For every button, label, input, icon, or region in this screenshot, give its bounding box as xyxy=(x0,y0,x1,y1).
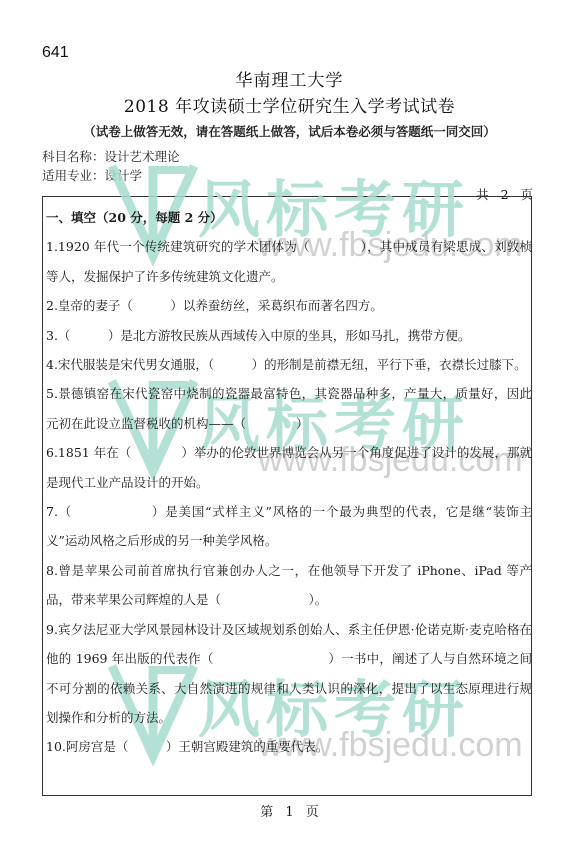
question-10: 10.阿房宫是（ ）王朝宫殿建筑的重要代表。 xyxy=(46,732,532,761)
exam-notice: （试卷上做答无效，请在答题纸上做答，试后本卷必须与答题纸一同交回） xyxy=(0,122,579,140)
question-7: 7.（ ）是美国“式样主义”风格的一个最为典型的代表，它是继“装饰主义”运动风格… xyxy=(46,497,532,556)
question-6: 6.1851 年在（ ）举办的伦敦世界博览会从另一个角度促进了设计的发展，那就是… xyxy=(46,438,532,497)
question-4: 4.宋代服装是宋代男女通服，（ ）的形制是前襟无纽，平行下垂，衣襟长过膝下。 xyxy=(46,350,532,379)
question-9: 9.宾夕法尼亚大学风景园林设计及区域规划系创始人、系主任伊恩·伦诺克斯·麦克哈格… xyxy=(46,615,532,733)
exam-code: 641 xyxy=(42,44,69,62)
section-heading: 一、填空（20 分，每题 2 分） xyxy=(46,203,532,232)
question-1: 1.1920 年代一个传统建筑研究的学术团体为（ ），其中成员有梁思成、刘敦桢等… xyxy=(46,232,532,291)
question-section: 一、填空（20 分，每题 2 分） 1.1920 年代一个传统建筑研究的学术团体… xyxy=(46,203,532,762)
question-3: 3.（ ）是北方游牧民族从西域传入中原的坐具，形如马扎，携带方便。 xyxy=(46,321,532,350)
university-title: 华南理工大学 xyxy=(0,66,579,91)
page-number: 第 1 页 xyxy=(0,801,579,820)
question-2: 2.皇帝的妻子（ ）以养蚕纺丝，采葛织布而著名四方。 xyxy=(46,291,532,320)
question-8: 8.曾是苹果公司前首席执行官兼创办人之一，在他领导下开发了 iPhone、iPa… xyxy=(46,556,532,615)
major-label: 适用专业：设计学 xyxy=(42,166,142,184)
question-5: 5.景德镇窑在宋代瓷窑中烧制的瓷器最富特色，其瓷器品种多，产量大，质量好，因此元… xyxy=(46,379,532,438)
exam-title: 2018 年攻读硕士学位研究生入学考试试卷 xyxy=(0,92,579,117)
subject-label: 科目名称：设计艺术理论 xyxy=(42,147,180,165)
